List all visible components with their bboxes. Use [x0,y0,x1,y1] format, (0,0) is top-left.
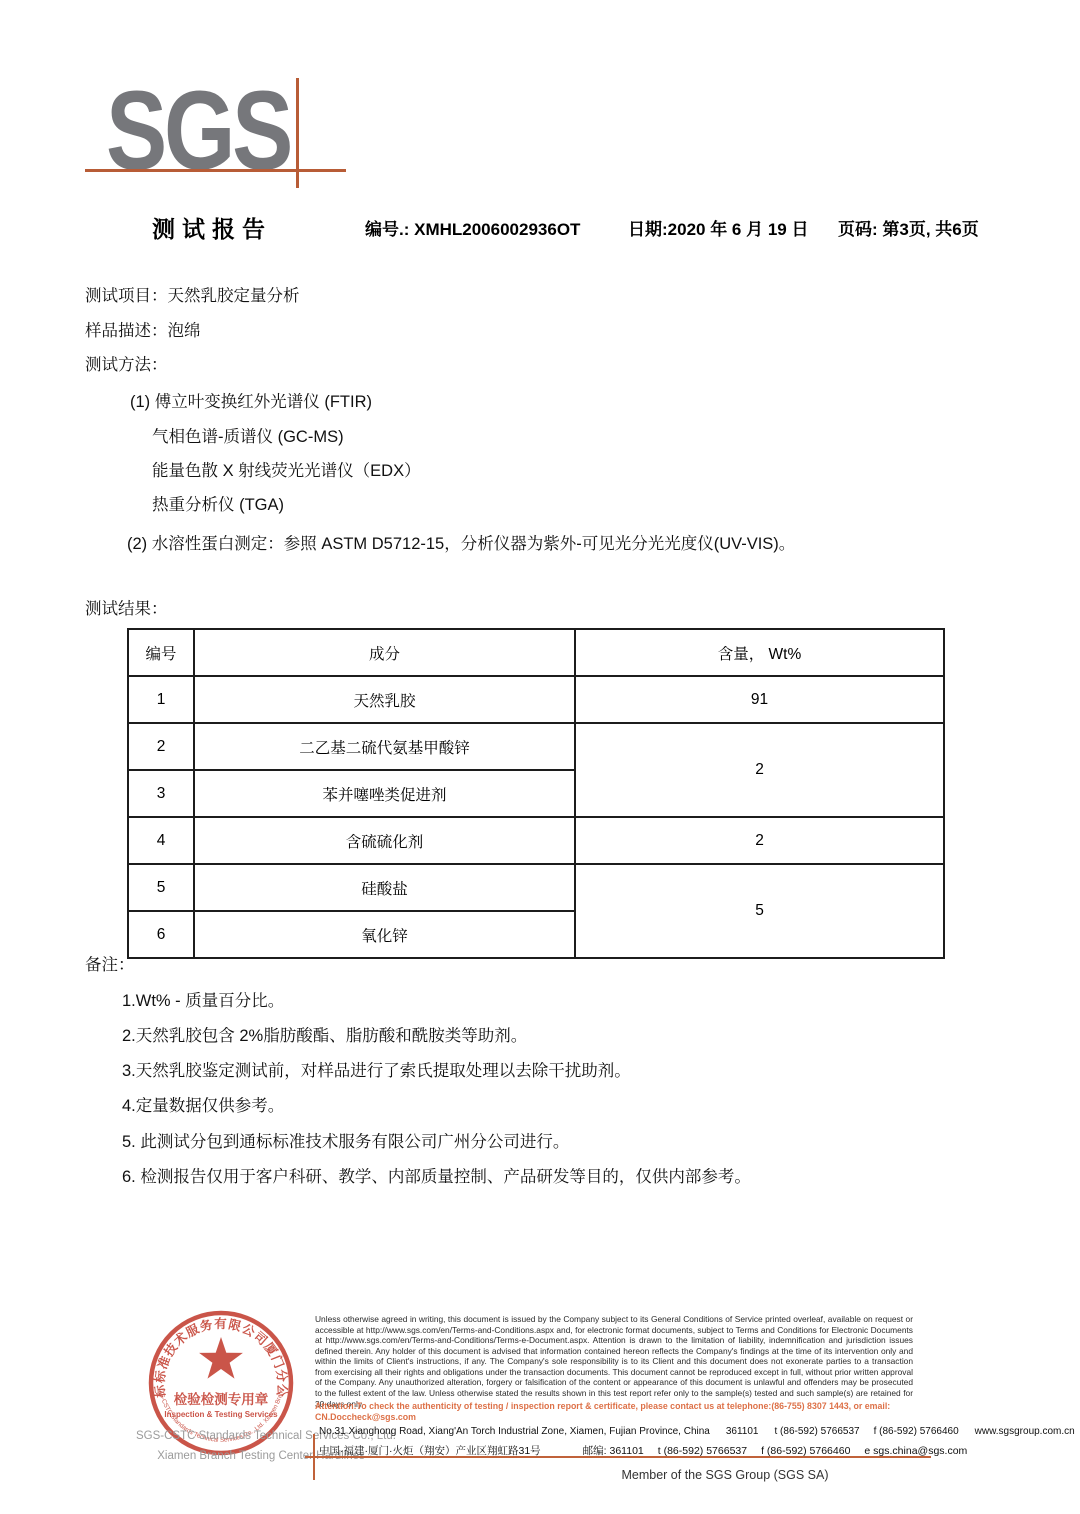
table-row: 5 硅酸盐 5 [128,864,944,911]
logo-crosshair-horizontal [85,169,346,172]
table-header-row: 编号 成分 含量， Wt% [128,629,944,676]
address-fax: f (86-592) 5766460 [874,1426,959,1437]
report-page-number: 页码: 第3页, 共6页 [838,215,979,240]
report-date: 日期:2020 年 6 月 19 日 [628,215,808,240]
content-cell-merged: 2 [575,723,944,817]
header-cell-component: 成分 [194,629,575,676]
address-street: No.31 Xianghong Road, Xiang'An Torch Ind… [319,1426,710,1437]
note-item: 6. 检测报告仅用于客户科研、教学、内部质量控制、产品研发等目的，仅供内部参考。 [122,1163,751,1187]
header-cell-number: 编号 [128,629,194,676]
table-row: 1 天然乳胶 91 [128,676,944,723]
note-item: 4.定量数据仅供参考。 [122,1092,284,1116]
note-item: 1.Wt% - 质量百分比。 [122,987,284,1011]
header-cell-content: 含量， Wt% [575,629,944,676]
component-cell: 二乙基二硫代氨基甲酸锌 [194,723,575,770]
row-number-cell: 4 [128,817,194,864]
logo-crosshair-vertical [296,78,299,188]
row-number-cell: 5 [128,864,194,911]
method-line: 气相色谱-质谱仪 (GC-MS) [152,423,344,447]
component-cell: 苯并噻唑类促进剂 [194,770,575,817]
table-row: 2 二乙基二硫代氨基甲酸锌 2 [128,723,944,770]
stamp-star-icon [199,1337,243,1379]
attention-text: Attention:To check the authenticity of t… [315,1401,913,1424]
row-number-cell: 2 [128,723,194,770]
results-table: 编号 成分 含量， Wt% 1 天然乳胶 91 2 二乙基二硫代氨基甲酸锌 2 … [127,628,945,959]
note-item: 2.天然乳胶包含 2%脂肪酸酯、脂肪酸和酰胺类等助剂。 [122,1022,527,1046]
component-cell: 硅酸盐 [194,864,575,911]
content-cell: 2 [575,817,944,864]
address-tel: t (86-592) 5766537 [775,1426,860,1437]
note-item: 5. 此测试分包到通标标准技术服务有限公司广州分公司进行。 [122,1128,569,1152]
component-cell: 含硫硫化剂 [194,817,575,864]
content-cell: 91 [575,676,944,723]
legal-text: Unless otherwise agreed in writing, this… [315,1314,913,1409]
test-item-line: 测试项目：天然乳胶定量分析 [85,282,300,306]
row-number-cell: 6 [128,911,194,958]
note-item: 3.天然乳胶鉴定测试前，对样品进行了索氏提取处理以去除干扰助剂。 [122,1057,631,1081]
report-page: SGS 测试报告 编号.: XMHL2006002936OT 日期:2020 年… [0,0,1080,1514]
footer-crosshair-horizontal [305,1456,931,1458]
address-line-en: No.31 Xianghong Road, Xiang'An Torch Ind… [319,1426,1075,1437]
test-method-label: 测试方法： [85,351,168,375]
address-web: www.sgsgroup.com.cn [975,1426,1075,1437]
results-label: 测试结果： [85,595,168,619]
report-number: 编号.: XMHL2006002936OT [365,215,580,240]
table-row: 4 含硫硫化剂 2 [128,817,944,864]
stamp-title: 检验检测专用章 [174,1391,269,1407]
method-line: (1) 傅立叶变换红外光谱仪 (FTIR) [130,388,372,412]
page-title: 测试报告 [152,211,272,244]
component-cell: 氧化锌 [194,911,575,958]
component-cell: 天然乳胶 [194,676,575,723]
method-line: (2) 水溶性蛋白测定：参照 ASTM D5712-15，分析仪器为紫外-可见光… [127,530,795,554]
row-number-cell: 3 [128,770,194,817]
sample-description-line: 样品描述：泡绵 [85,317,201,341]
method-line: 能量色散 X 射线荧光光谱仪（EDX） [152,457,421,481]
method-line: 热重分析仪 (TGA) [152,491,284,515]
member-line: Member of the SGS Group (SGS SA) [560,1468,890,1482]
address-postal: 361101 [726,1426,759,1437]
stamp-subtitle: Inspection & Testing Services [164,1410,278,1419]
notes-label: 备注： [85,951,135,975]
content-cell-merged: 5 [575,864,944,958]
row-number-cell: 1 [128,676,194,723]
